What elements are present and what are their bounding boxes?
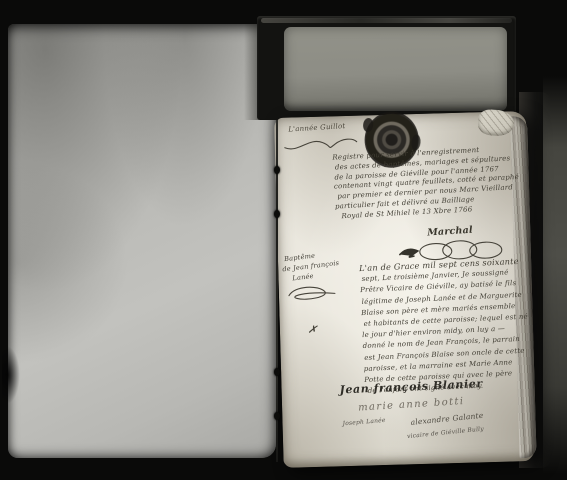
margin-cross-mark: ✗ (307, 323, 318, 337)
manuscript-page: L'année Guillot Registre pour servir à l… (274, 111, 536, 468)
cover-edge-highlight (261, 18, 512, 23)
book-cover-frame (257, 16, 516, 120)
stitch-dot (274, 368, 280, 376)
clerk-signature: Marchal (427, 225, 473, 239)
cover-inner-panel (284, 27, 507, 111)
signature-father: Joseph Lanée (342, 417, 386, 427)
stitch-dot (274, 210, 280, 218)
margin-paraph-icon (285, 284, 338, 305)
page-edge-notch (2, 346, 20, 404)
binding-seam (276, 120, 278, 462)
margin-note: Baptême de Jean françois Lanée (284, 248, 341, 284)
signature-vicar: alexandre Galante (410, 411, 484, 427)
stitch-dot (274, 166, 280, 174)
torn-corner (477, 109, 514, 137)
signature-godmother: marie anne botti (358, 396, 465, 414)
signature-vicar-title: vicaire de Giéville Bully (407, 426, 484, 440)
opening-statement: Registre pour servir à l'enregistrement … (332, 144, 521, 222)
baptism-act-text: L'an de Grace mil sept cens soixante sep… (359, 256, 531, 398)
stitch-dot (274, 412, 280, 420)
header-inscription: L'année Guillot (288, 122, 346, 134)
facing-blank-page (8, 24, 276, 458)
pen-flourish-icon (282, 134, 358, 154)
register-scan: L'année Guillot Registre pour servir à l… (0, 0, 567, 480)
cover-edge-strip (543, 76, 567, 474)
